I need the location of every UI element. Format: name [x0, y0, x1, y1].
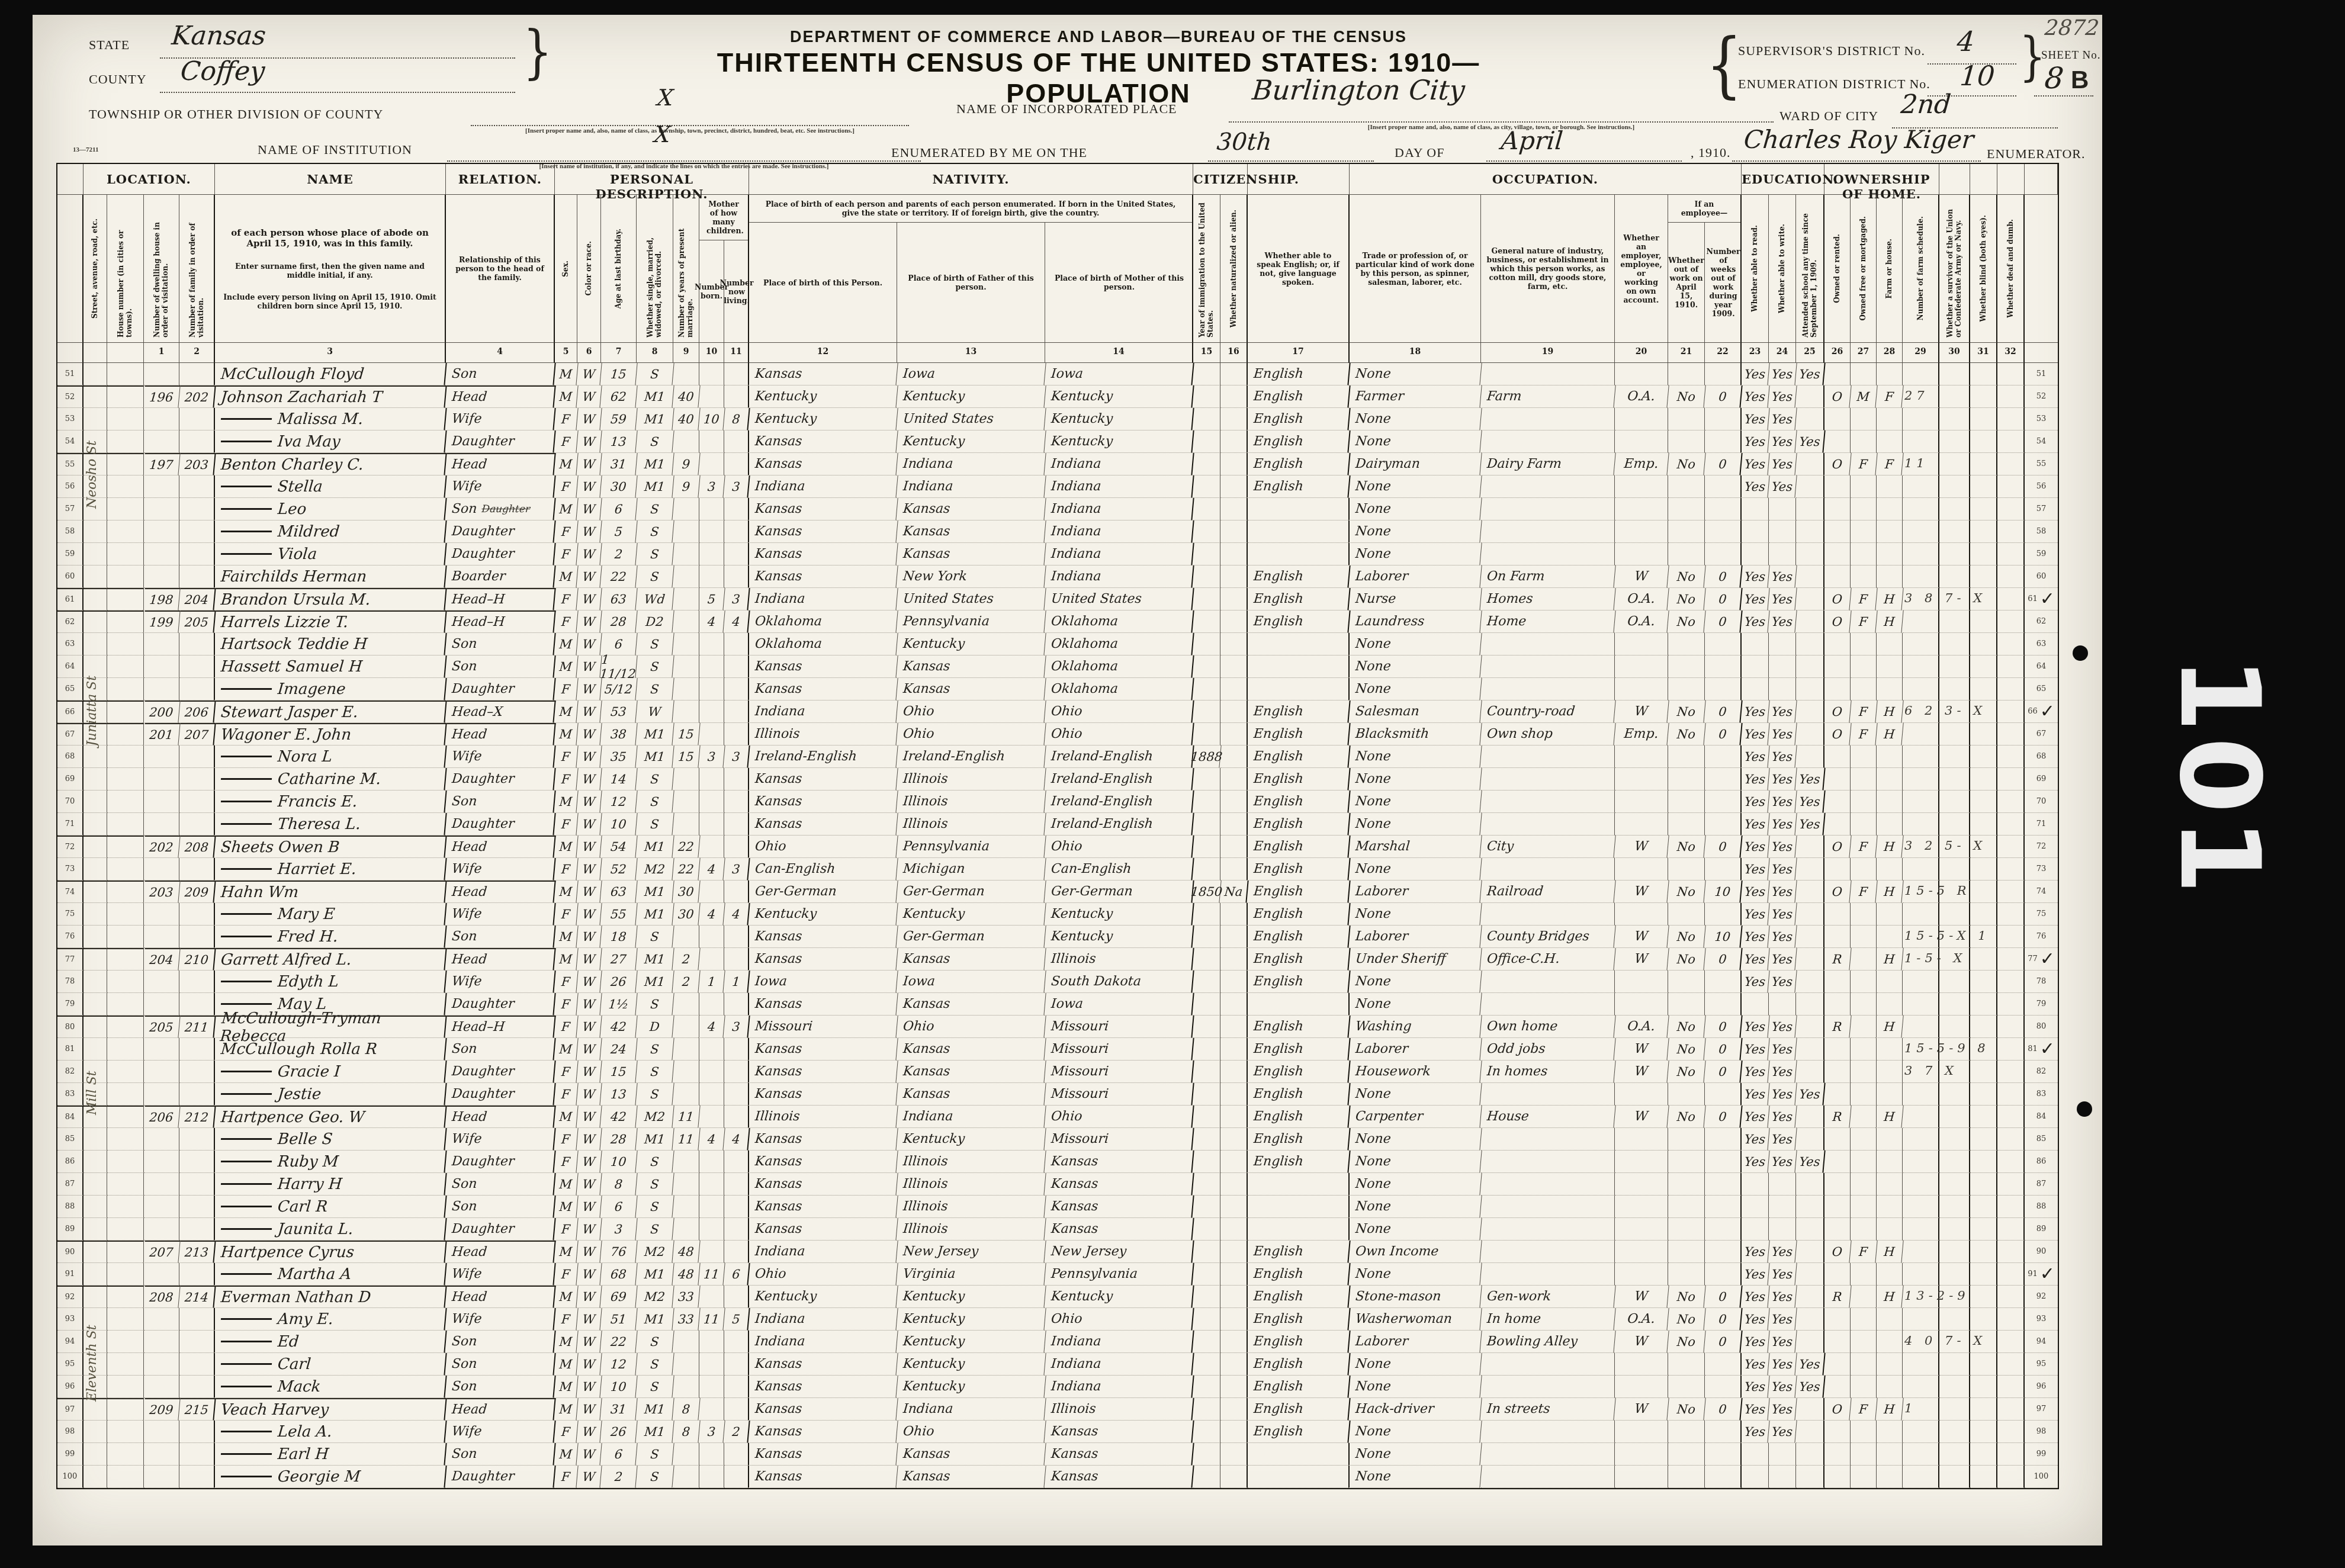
- table-cell: [699, 1466, 724, 1488]
- table-cell: [1220, 768, 1248, 791]
- table-cell: F: [1849, 1398, 1877, 1421]
- table-cell: W: [576, 1286, 602, 1308]
- table-cell: 65: [2025, 678, 2058, 701]
- table-cell: [673, 993, 699, 1016]
- column-header: Street, avenue, road, etc.: [83, 195, 107, 343]
- table-cell: [144, 1466, 179, 1488]
- table-cell: S: [635, 678, 674, 701]
- table-cell: [699, 768, 724, 791]
- section-title: [57, 164, 83, 195]
- table-cell: 1: [723, 971, 750, 993]
- section-title: [1997, 164, 2025, 195]
- table-cell: Ohio: [896, 723, 1046, 746]
- table-cell: [1970, 1241, 1997, 1263]
- table-cell: W: [576, 1443, 602, 1466]
- table-cell: [179, 543, 215, 565]
- table-cell: [1796, 1241, 1824, 1263]
- table-cell: [1742, 543, 1769, 565]
- table-cell: None: [1348, 408, 1482, 430]
- table-cell: [107, 565, 144, 588]
- table-cell: 0: [1704, 611, 1742, 633]
- table-cell: [1877, 1421, 1903, 1443]
- table-cell: [1615, 1173, 1668, 1196]
- table-cell: [179, 520, 215, 543]
- table-cell: 99: [57, 1443, 83, 1466]
- table-cell: Head: [445, 385, 555, 408]
- institution-line: [447, 160, 921, 162]
- punch-hole: [2073, 645, 2088, 661]
- table-cell: [1997, 836, 2025, 858]
- table-cell: 48: [672, 1263, 700, 1286]
- table-cell: [1851, 678, 1877, 701]
- column-header: Place of birth of Father of this person.: [897, 223, 1045, 342]
- table-cell: 1½: [600, 993, 637, 1016]
- table-cell: Missouri: [1044, 1128, 1194, 1151]
- table-cell: Yes: [1740, 475, 1769, 498]
- table-cell: [673, 1173, 699, 1196]
- table-cell: [1997, 633, 2025, 656]
- table-cell: [1851, 1128, 1877, 1151]
- table-cell: [1970, 971, 1997, 993]
- table-cell: W: [576, 971, 602, 993]
- column-number: 4: [446, 343, 555, 363]
- table-cell: [144, 1331, 179, 1353]
- table-cell: [1742, 1466, 1769, 1488]
- column-number: [107, 343, 144, 363]
- table-cell: Yes: [1740, 723, 1769, 746]
- person-name: Martha A: [277, 1265, 352, 1283]
- table-cell: [1939, 791, 1970, 813]
- person-name: Edyth L: [277, 973, 340, 991]
- column-number: 21: [1668, 343, 1705, 363]
- column-header: Farm or house.: [1877, 195, 1903, 343]
- table-cell: [1796, 1443, 1824, 1466]
- table-cell: [1903, 858, 1939, 881]
- table-cell: Yes: [1768, 1038, 1797, 1061]
- table-cell: [673, 430, 699, 453]
- table-cell: [699, 363, 724, 385]
- table-cell: W: [576, 1151, 602, 1173]
- table-cell: Yes: [1740, 791, 1769, 813]
- column-number: 12: [749, 343, 897, 363]
- table-cell: [1997, 475, 2025, 498]
- table-cell: 40: [672, 408, 700, 430]
- table-cell: [179, 1173, 215, 1196]
- column-header-text: Place of birth of this Person.: [759, 276, 887, 290]
- table-cell: Laborer: [1348, 1331, 1482, 1353]
- table-cell: [179, 363, 215, 385]
- table-cell: [1615, 633, 1668, 656]
- table-cell: English: [1247, 611, 1350, 633]
- table-cell: [1903, 1106, 1939, 1128]
- table-cell: [1851, 1331, 1877, 1353]
- table-cell: 98: [2025, 1421, 2058, 1443]
- table-cell: [1668, 1241, 1705, 1263]
- table-cell: Kansas: [748, 520, 898, 543]
- person-name: Sheets Owen B: [220, 838, 340, 856]
- table-cell: Harry H: [214, 1173, 446, 1196]
- table-cell: Pennsylvania: [896, 836, 1046, 858]
- column-header-group: Mother of how many children.Number born.…: [699, 195, 749, 343]
- table-cell: [1970, 475, 1997, 498]
- sheet-letter: B: [2071, 66, 2089, 94]
- table-cell: [1824, 520, 1851, 543]
- table-cell: [144, 520, 179, 543]
- table-cell: [1668, 543, 1705, 565]
- table-cell: W: [576, 543, 602, 565]
- table-cell: United States: [896, 408, 1046, 430]
- table-cell: Head: [445, 1398, 555, 1421]
- check-mark: ✓: [2040, 1039, 2055, 1059]
- table-cell: [1997, 1263, 2025, 1286]
- column-number: 24: [1769, 343, 1796, 363]
- table-cell: Carl R: [214, 1196, 446, 1218]
- check-mark: ✓: [2040, 589, 2055, 609]
- table-cell: Daughter: [445, 813, 555, 836]
- table-cell: Kansas: [1044, 1218, 1194, 1241]
- table-cell: [1705, 408, 1742, 430]
- table-cell: M2: [635, 1241, 674, 1263]
- table-cell: [699, 723, 724, 746]
- table-cell: [1193, 633, 1220, 656]
- ditto-line: [221, 1476, 272, 1477]
- table-cell: F: [554, 430, 578, 453]
- table-cell: [1796, 926, 1824, 948]
- table-cell: M1: [635, 385, 674, 408]
- table-cell: [1705, 363, 1742, 385]
- table-cell: [1877, 408, 1903, 430]
- table-cell: [699, 791, 724, 813]
- person-name: Harry H: [277, 1175, 343, 1193]
- table-cell: Kansas: [1044, 1466, 1194, 1488]
- table-cell: M1: [635, 1128, 674, 1151]
- table-cell: English: [1247, 1241, 1350, 1263]
- table-cell: English: [1247, 948, 1350, 971]
- annotation-marks: 15-5-9 8: [1904, 1041, 1990, 1055]
- table-cell: 88: [57, 1196, 83, 1218]
- table-cell: 95: [2025, 1353, 2058, 1376]
- table-cell: [1970, 1016, 1997, 1038]
- table-cell: 57: [2025, 498, 2058, 520]
- table-cell: [1220, 926, 1248, 948]
- table-cell: [179, 1308, 215, 1331]
- column-header: Number of family in order of visitation.: [179, 195, 215, 343]
- table-cell: [1615, 1241, 1668, 1263]
- table-cell: [1193, 768, 1220, 791]
- table-cell: [1997, 1106, 2025, 1128]
- table-cell: 60: [57, 565, 83, 588]
- table-cell: Daughter: [445, 768, 555, 791]
- table-cell: Office-C.H.: [1480, 948, 1615, 971]
- table-cell: Kentucky: [1044, 430, 1194, 453]
- table-cell: Yes: [1768, 881, 1797, 903]
- table-cell: [107, 543, 144, 565]
- table-cell: [1970, 1128, 1997, 1151]
- table-cell: Sheets Owen B: [214, 836, 446, 858]
- table-cell: Kansas: [1044, 1196, 1194, 1218]
- county-line: [160, 92, 515, 93]
- table-cell: [1705, 633, 1742, 656]
- table-cell: [1481, 971, 1615, 993]
- table-cell: [1248, 993, 1350, 1016]
- table-cell: 207: [178, 723, 216, 746]
- table-cell: [1877, 633, 1903, 656]
- table-cell: Indiana: [748, 475, 898, 498]
- relation-value: Head: [451, 727, 488, 742]
- table-cell: None: [1348, 1263, 1482, 1286]
- table-cell: 86: [2025, 1151, 2058, 1173]
- table-cell: [1742, 498, 1769, 520]
- table-cell: [1248, 1218, 1350, 1241]
- person-name: Georgie M: [277, 1468, 361, 1486]
- table-cell: W: [576, 1263, 602, 1286]
- table-cell: [1220, 791, 1248, 813]
- table-cell: H: [1875, 1106, 1903, 1128]
- section-title: NATIVITY.: [749, 164, 1193, 195]
- table-cell: [107, 1331, 144, 1353]
- column-group-cols: Whether out of work on April 15, 1910.Nu…: [1668, 223, 1740, 342]
- table-cell: [107, 656, 144, 678]
- ditto-line: [221, 553, 272, 555]
- table-cell: [1997, 543, 2025, 565]
- table-cell: M: [554, 723, 578, 746]
- table-cell: Iowa: [1044, 993, 1194, 1016]
- table-cell: M: [554, 1173, 578, 1196]
- table-cell: [699, 1151, 724, 1173]
- table-cell: Jestie: [214, 1083, 446, 1106]
- table-cell: [1970, 791, 1997, 813]
- table-cell: English: [1247, 1263, 1350, 1286]
- table-cell: [1668, 1196, 1705, 1218]
- table-cell: [1668, 1083, 1705, 1106]
- table-cell: [1824, 926, 1851, 948]
- table-cell: [1615, 1263, 1668, 1286]
- column-header-group: If an employee—Whether out of work on Ap…: [1668, 195, 1742, 343]
- table-cell: [1193, 1353, 1220, 1376]
- table-cell: [144, 430, 179, 453]
- ditto-line: [221, 1161, 272, 1162]
- table-cell: [144, 475, 179, 498]
- table-cell: 0: [1704, 1398, 1742, 1421]
- table-cell: F: [554, 858, 578, 881]
- table-cell: [144, 768, 179, 791]
- table-cell: No: [1667, 701, 1705, 723]
- table-cell: Yes: [1768, 1016, 1797, 1038]
- table-cell: 9: [672, 453, 700, 475]
- table-cell: Kansas: [748, 1398, 898, 1421]
- table-cell: [1824, 633, 1851, 656]
- table-cell: W: [576, 1241, 602, 1263]
- table-cell: [1877, 1173, 1903, 1196]
- table-cell: [1824, 430, 1851, 453]
- table-cell: W: [1614, 1398, 1669, 1421]
- table-cell: [673, 1218, 699, 1241]
- table-cell: [179, 475, 215, 498]
- table-cell: [1903, 1263, 1939, 1286]
- table-cell: Yes: [1768, 791, 1797, 813]
- table-cell: [1851, 498, 1877, 520]
- table-cell: W: [576, 475, 602, 498]
- table-cell: 63: [2025, 633, 2058, 656]
- table-cell: [1939, 1151, 1970, 1173]
- table-cell: [144, 813, 179, 836]
- column-header-text: Whether able to speak English; or, if no…: [1248, 249, 1348, 289]
- table-cell: 67: [57, 723, 83, 746]
- ditto-line: [221, 778, 272, 780]
- table-cell: [1903, 678, 1939, 701]
- table-cell: [1668, 1218, 1705, 1241]
- table-cell: [1903, 1173, 1939, 1196]
- table-cell: [1769, 1466, 1796, 1488]
- ditto-line: [221, 801, 272, 802]
- enumerated-day: 30th: [1216, 128, 1273, 156]
- table-cell: F: [554, 1466, 578, 1488]
- table-cell: [1193, 836, 1220, 858]
- table-cell: W: [576, 1016, 602, 1038]
- table-cell: Kansas: [748, 1173, 898, 1196]
- table-cell: Ireland-English: [1044, 791, 1194, 813]
- table-cell: Son: [445, 926, 555, 948]
- table-cell: Railroad: [1480, 881, 1615, 903]
- table-cell: [1193, 948, 1220, 971]
- table-cell: United States: [1044, 588, 1194, 611]
- table-cell: [1742, 656, 1769, 678]
- table-cell: S: [635, 1466, 674, 1488]
- table-cell: [1742, 993, 1769, 1016]
- table-cell: 3 2 5- X: [1903, 836, 1939, 858]
- table-cell: F: [1849, 836, 1877, 858]
- table-cell: [1615, 1466, 1668, 1488]
- table-cell: Yes: [1795, 430, 1825, 453]
- table-cell: Son: [445, 1038, 555, 1061]
- table-cell: 15: [672, 746, 700, 768]
- table-cell: [1668, 1353, 1705, 1376]
- table-cell: W: [1614, 565, 1669, 588]
- relation-value: Daughter: [451, 1087, 515, 1101]
- table-cell: [1997, 1218, 2025, 1241]
- table-cell: [1668, 363, 1705, 385]
- table-cell: English: [1247, 1353, 1350, 1376]
- table-cell: [1877, 746, 1903, 768]
- table-cell: Kentucky: [748, 408, 898, 430]
- column-number: 26: [1824, 343, 1851, 363]
- table-cell: No: [1667, 1398, 1705, 1421]
- ditto-line: [221, 531, 272, 532]
- table-cell: [83, 836, 107, 858]
- table-cell: M1: [635, 1308, 674, 1331]
- table-cell: Illinois: [896, 1173, 1046, 1196]
- table-cell: 214: [178, 1286, 216, 1308]
- table-cell: Kansas: [896, 520, 1046, 543]
- table-cell: [1193, 1151, 1220, 1173]
- table-cell: [724, 1331, 749, 1353]
- table-cell: [1220, 363, 1248, 385]
- table-cell: [1939, 543, 1970, 565]
- relation-value: Boarder: [451, 569, 506, 584]
- person-name: Harrels Lizzie T.: [220, 613, 349, 631]
- table-cell: [1615, 1443, 1668, 1466]
- table-cell: None: [1348, 1083, 1482, 1106]
- table-cell: None: [1348, 971, 1482, 993]
- state-county-brace: }: [523, 19, 552, 86]
- district-brace: {: [1706, 23, 1742, 106]
- township-note: [Insert proper name and, also, name of c…: [471, 127, 909, 134]
- table-cell: [144, 1308, 179, 1331]
- table-cell: W: [576, 1083, 602, 1106]
- table-cell: [1668, 1466, 1705, 1488]
- table-cell: [1668, 1173, 1705, 1196]
- table-cell: S: [635, 1376, 674, 1398]
- table-cell: 13: [600, 430, 637, 453]
- table-cell: New Jersey: [1044, 1241, 1194, 1263]
- table-cell: [179, 1218, 215, 1241]
- table-cell: 70: [57, 791, 83, 813]
- table-cell: [1997, 881, 2025, 903]
- table-cell: Can-English: [748, 858, 898, 881]
- table-cell: 0: [1704, 385, 1742, 408]
- table-cell: [1193, 1466, 1220, 1488]
- table-cell: [1796, 1016, 1824, 1038]
- table-cell: [1193, 701, 1220, 723]
- table-cell: [1824, 656, 1851, 678]
- table-cell: [1705, 791, 1742, 813]
- table-cell: [1824, 903, 1851, 926]
- table-cell: [1939, 363, 1970, 385]
- table-cell: [1903, 1151, 1939, 1173]
- relation-value: Daughter: [451, 682, 515, 696]
- table-cell: [1970, 813, 1997, 836]
- column-header-text: Trade or profession of, or particular ki…: [1350, 249, 1480, 289]
- table-cell: 75: [57, 903, 83, 926]
- relation-value: Wife: [451, 1312, 483, 1326]
- table-cell: 33: [672, 1308, 700, 1331]
- table-cell: None: [1348, 768, 1482, 791]
- table-cell: [1877, 363, 1903, 385]
- table-cell: Laundress: [1348, 611, 1482, 633]
- column-header-text: Street, avenue, road, etc.: [91, 219, 99, 319]
- table-cell: 1888: [1192, 746, 1221, 768]
- table-cell: 63: [57, 633, 83, 656]
- table-cell: [1220, 475, 1248, 498]
- table-cell: [1824, 791, 1851, 813]
- table-cell: [673, 565, 699, 588]
- table-cell: No: [1667, 385, 1705, 408]
- relation-value: Head–H: [451, 592, 506, 607]
- relation-struck: Daughter: [481, 503, 531, 515]
- table-cell: [1481, 475, 1615, 498]
- table-cell: [1220, 948, 1248, 971]
- table-cell: Kentucky: [896, 633, 1046, 656]
- column-number: 7: [601, 343, 637, 363]
- table-cell: [1997, 498, 2025, 520]
- table-cell: 53: [600, 701, 637, 723]
- column-header-text: Owned free or mortgaged.: [1859, 216, 1867, 320]
- table-cell: [1705, 746, 1742, 768]
- column-header: Place of birth of this Person.: [749, 223, 897, 342]
- table-cell: 79: [2025, 993, 2058, 1016]
- table-cell: [107, 678, 144, 701]
- column-header: Whether a survivor of the Union or Confe…: [1939, 195, 1970, 343]
- table-cell: Head–H: [445, 611, 555, 633]
- relation-value: Daughter: [451, 524, 515, 539]
- table-cell: 67: [2025, 723, 2058, 746]
- table-cell: [1705, 1173, 1742, 1196]
- table-cell: 4: [723, 611, 750, 633]
- relation-value: Son: [451, 1379, 478, 1394]
- table-cell: [1220, 1331, 1248, 1353]
- table-cell: No: [1667, 1286, 1705, 1308]
- table-cell: Yes: [1740, 903, 1769, 926]
